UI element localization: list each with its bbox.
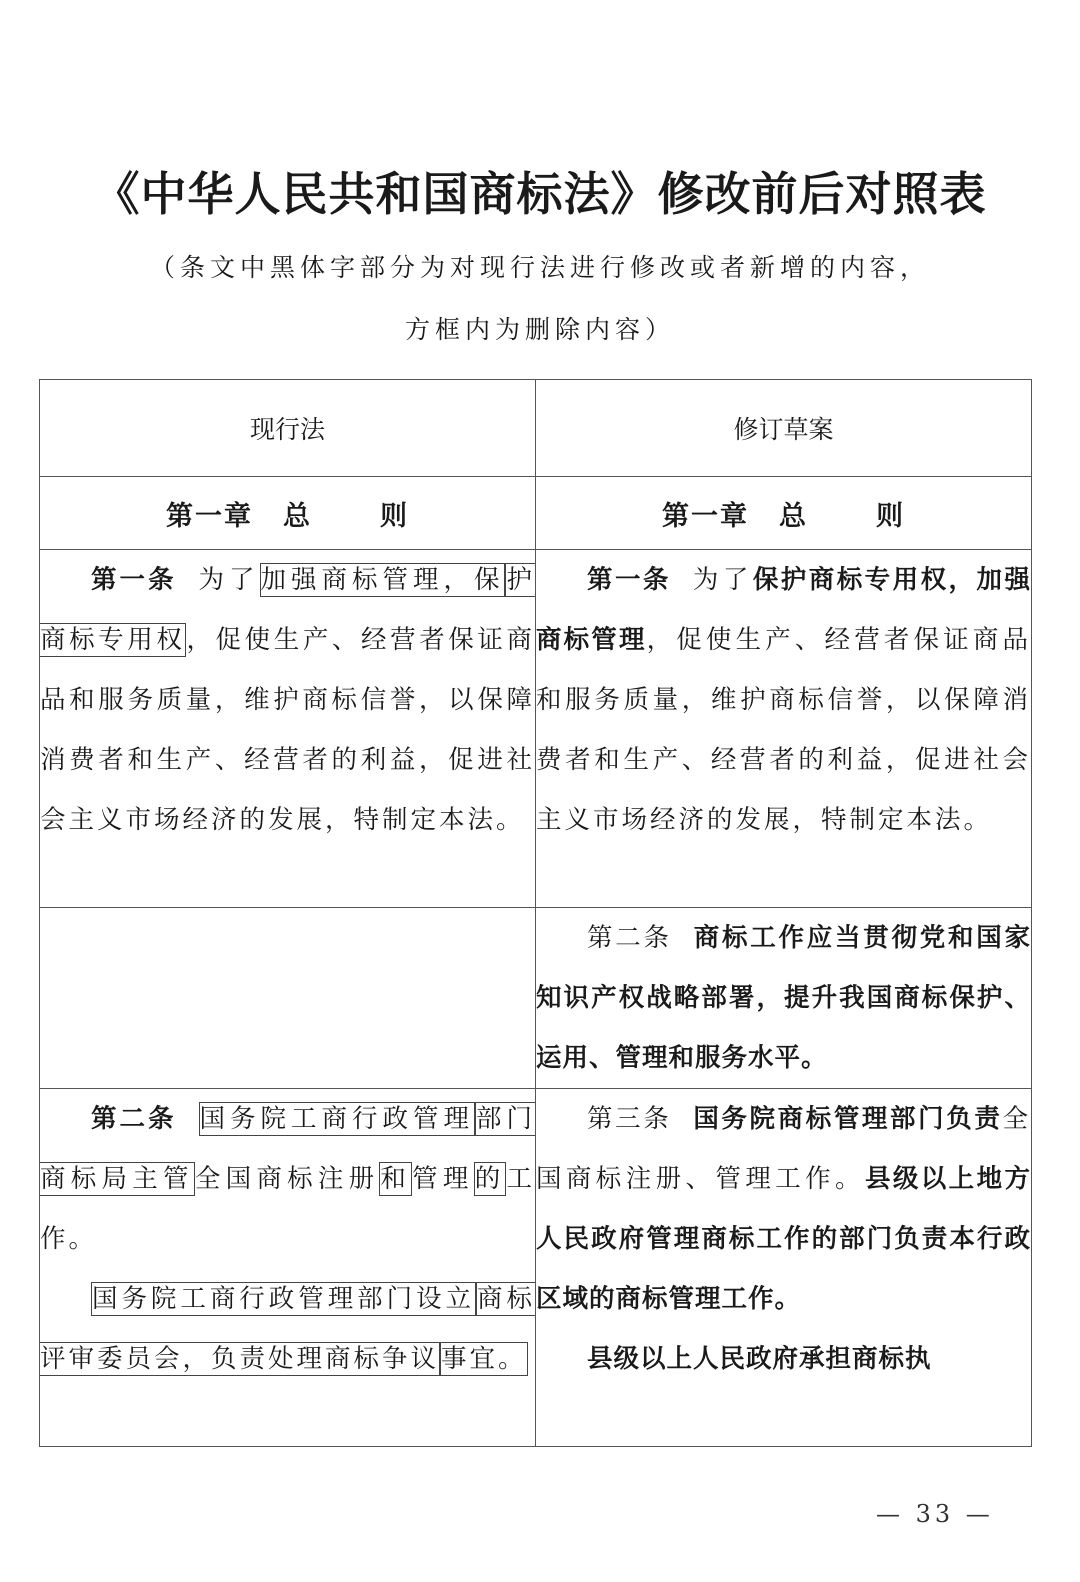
chapter-word-2: 则 [876, 494, 905, 533]
text-segment: 管理 [412, 1164, 474, 1194]
text-segment: 为了 [693, 565, 753, 595]
table-row: 第二条商标工作应当贯彻党和国家知识产权战略部署，提升我国商标保护、运用、管理和服… [40, 908, 1032, 1089]
new-text: 县级以上人民政府承担商标执 [587, 1344, 932, 1374]
deleted-text: 事宜。 [440, 1342, 528, 1376]
table-header-row: 现行法 修订草案 [40, 380, 1032, 477]
deleted-text: 国务院工商行政管理 [199, 1102, 475, 1136]
chapter-row: 第一章总则 第一章总则 [40, 477, 1032, 550]
deleted-text: 和 [379, 1162, 412, 1196]
chapter-word-1: 总 [283, 494, 312, 533]
article-label: 第三条 [587, 1104, 671, 1134]
comparison-table: 现行法 修订草案 第一章总则 第一章总则 第一条为了加强商标管理，保护商标专用权… [39, 379, 1032, 1447]
article-label: 第二条 [587, 923, 672, 953]
current-law-article-2: 第二条国务院工商行政管理部门商标局主管全国商标注册和管理的工作。 国务院工商行政… [40, 1089, 536, 1447]
table-row: 第二条国务院工商行政管理部门商标局主管全国商标注册和管理的工作。 国务院工商行政… [40, 1089, 1032, 1447]
current-law-article-1: 第一条为了加强商标管理，保护商标专用权，促使生产、经营者保证商品和服务质量，维护… [40, 550, 536, 908]
chapter-word-2: 则 [380, 494, 409, 533]
document-title: 《中华人民共和国商标法》修改前后对照表 [0, 164, 1080, 224]
article-label: 第一条 [91, 565, 177, 595]
text-segment: 全国商标注册 [195, 1164, 380, 1194]
chapter-heading-left: 第一章总则 [40, 477, 536, 550]
chapter-heading-right: 第一章总则 [536, 477, 1032, 550]
table-row: 第一条为了加强商标管理，保护商标专用权，促使生产、经营者保证商品和服务质量，维护… [40, 550, 1032, 908]
header-revised-draft: 修订草案 [536, 380, 1032, 477]
chapter-word-1: 总 [779, 494, 808, 533]
deleted-text: 国务院工商行政管理部门设立 [91, 1282, 476, 1316]
chapter-number: 第一章 [166, 494, 253, 533]
page-number: — 33 — [876, 1500, 994, 1528]
modified-text: 国务院商标管理部门负责 [693, 1104, 1002, 1134]
revised-draft-article-1: 第一条为了保护商标专用权，加强商标管理，促使生产、经营者保证商品和服务质量，维护… [536, 550, 1032, 908]
chapter-number: 第一章 [662, 494, 749, 533]
text-segment: ，促使生产、经营者保证商品和服务质量，维护商标信誉，以保障消费者和生产、经营者的… [536, 625, 1031, 835]
deleted-text: 加强商标管理，保 [260, 563, 506, 597]
current-law-empty-cell [40, 908, 536, 1089]
document-subtitle-line1: （条文中黑体字部分为对现行法进行修改或者新增的内容， [0, 248, 1080, 288]
text-segment: 为了 [199, 565, 260, 595]
revised-draft-article-3: 第三条国务院商标管理部门负责全国商标注册、管理工作。县级以上地方人民政府管理商标… [536, 1089, 1032, 1447]
deleted-text: 的 [474, 1162, 507, 1196]
article-label: 第一条 [587, 565, 671, 595]
article-label: 第二条 [91, 1104, 177, 1134]
header-current-law: 现行法 [40, 380, 536, 477]
revised-draft-article-2: 第二条商标工作应当贯彻党和国家知识产权战略部署，提升我国商标保护、运用、管理和服… [536, 908, 1032, 1089]
document-subtitle-line2: 方框内为删除内容） [0, 310, 1080, 350]
